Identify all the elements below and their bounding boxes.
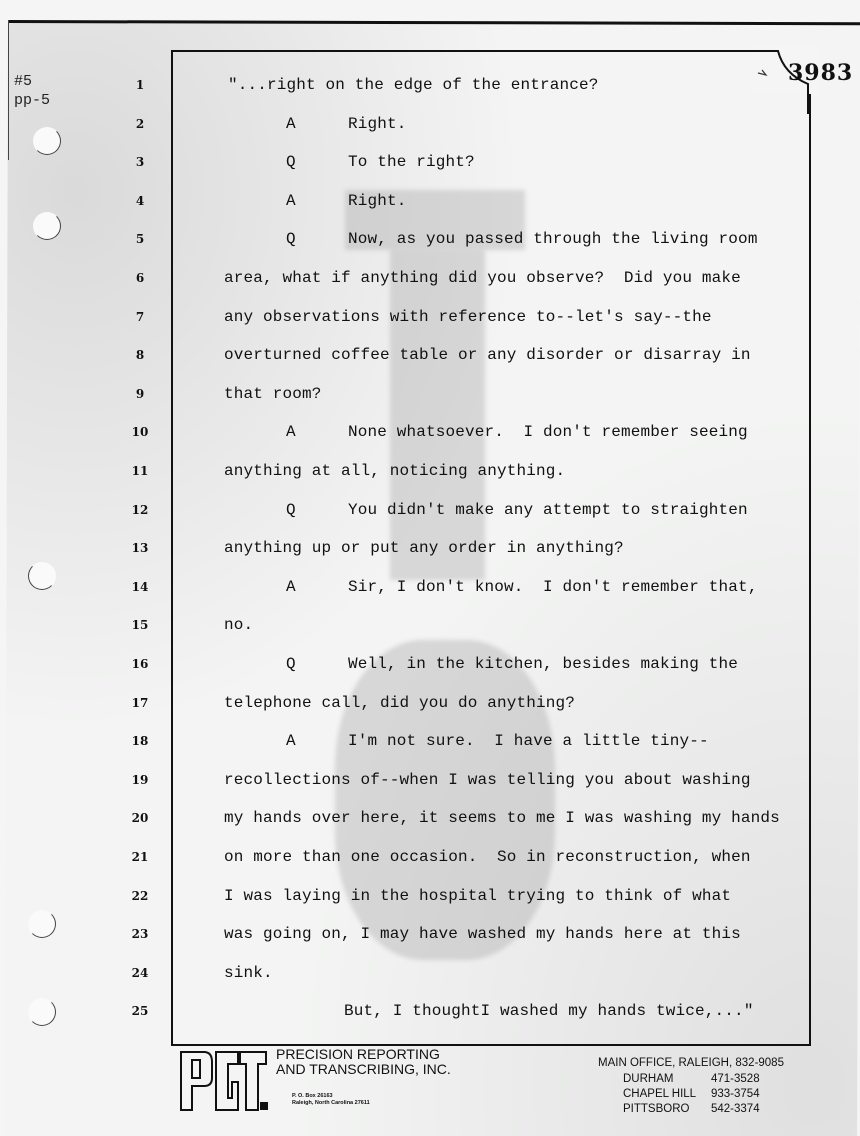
- address-line2: Raleigh, North Carolina 27611: [292, 1100, 370, 1107]
- line-number: 18: [120, 734, 160, 748]
- office-city: CHAPEL HILL: [623, 1087, 711, 1102]
- line-number: 9: [120, 387, 160, 401]
- transcript-line-text: You didn't make any attempt to straighte…: [348, 501, 748, 519]
- transcript-line-text: sink.: [224, 964, 273, 982]
- transcript-line-text: my hands over here, it seems to me I was…: [224, 809, 780, 827]
- line-number: 1: [120, 78, 160, 92]
- office-phone: 542-3374: [711, 1102, 760, 1117]
- speaker-label: A: [286, 732, 296, 750]
- speaker-label: A: [286, 423, 296, 441]
- line-number: 20: [120, 811, 160, 825]
- line-number: 11: [120, 464, 160, 478]
- transcript-line-text: recollections of--when I was telling you…: [224, 771, 751, 789]
- line-number: 4: [120, 194, 160, 208]
- transcript-line-text: I'm not sure. I have a little tiny--: [348, 732, 709, 750]
- margin-note-exhibit: #5: [14, 72, 32, 91]
- transcript-line-text: was going on, I may have washed my hands…: [224, 925, 741, 943]
- line-number: 13: [120, 541, 160, 555]
- transcript-line-text: any observations with reference to--let'…: [224, 308, 712, 326]
- line-number: 12: [120, 503, 160, 517]
- transcript-line-text: But, I thoughtI washed my hands twice,..…: [344, 1002, 754, 1020]
- office-city: PITTSBORO: [623, 1102, 711, 1117]
- address-line1: P. O. Box 26163: [292, 1093, 370, 1100]
- binder-hole: [28, 998, 56, 1026]
- transcript-line-text: Sir, I don't know. I don't remember that…: [348, 578, 758, 596]
- transcript-line-text: overturned coffee table or any disorder …: [224, 346, 751, 364]
- transcript-line-text: anything at all, noticing anything.: [224, 462, 565, 480]
- line-number: 17: [120, 696, 160, 710]
- line-number: 19: [120, 773, 160, 787]
- binder-hole: [28, 910, 56, 938]
- transcript-line-text: no.: [224, 616, 253, 634]
- transcript-line-text: on more than one occasion. So in reconst…: [224, 848, 751, 866]
- office-row: DURHAM 471-3528: [598, 1072, 784, 1087]
- binder-hole: [33, 212, 61, 240]
- company-logo: [178, 1048, 268, 1114]
- transcript-line-text: telephone call, did you do anything?: [224, 694, 575, 712]
- line-number: 25: [120, 1004, 160, 1018]
- line-number: 2: [120, 117, 160, 131]
- line-number: 10: [120, 425, 160, 439]
- office-directory: MAIN OFFICE, RALEIGH, 832-9085 DURHAM 47…: [598, 1056, 784, 1117]
- line-number: 6: [120, 271, 160, 285]
- company-name: PRECISION REPORTING AND TRANSCRIBING, IN…: [276, 1047, 451, 1077]
- paper-edge: [8, 20, 9, 160]
- line-number: 5: [120, 232, 160, 246]
- office-phone: 471-3528: [711, 1072, 760, 1087]
- transcript-line-text: None whatsoever. I don't remember seeing: [348, 423, 748, 441]
- line-number: 8: [120, 348, 160, 362]
- line-number: 22: [120, 889, 160, 903]
- speaker-label: Q: [286, 501, 296, 519]
- office-row: CHAPEL HILL 933-3754: [598, 1087, 784, 1102]
- transcript-line-text: area, what if anything did you observe? …: [224, 269, 741, 287]
- speaker-label: A: [286, 578, 296, 596]
- speaker-label: A: [286, 192, 296, 210]
- company-name-line1: PRECISION REPORTING: [276, 1047, 451, 1062]
- line-number: 23: [120, 927, 160, 941]
- line-number: 3: [120, 155, 160, 169]
- binder-hole: [33, 127, 61, 155]
- page-number: 3983: [788, 60, 853, 86]
- office-city: DURHAM: [623, 1072, 711, 1087]
- transcript-line-text: Right.: [348, 192, 407, 210]
- main-office: MAIN OFFICE, RALEIGH, 832-9085: [598, 1056, 784, 1071]
- line-number: 15: [120, 618, 160, 632]
- transcript-line-text: anything up or put any order in anything…: [224, 539, 624, 557]
- transcript-line-text: Now, as you passed through the living ro…: [348, 230, 758, 248]
- transcript-line-text: that room?: [224, 385, 322, 403]
- margin-note-pages: pp-5: [14, 91, 50, 110]
- line-number: 24: [120, 966, 160, 980]
- speaker-label: Q: [286, 153, 296, 171]
- transcript-line-text: I was laying in the hospital trying to t…: [224, 887, 731, 905]
- speaker-label: Q: [286, 230, 296, 248]
- speaker-label: A: [286, 115, 296, 133]
- office-phone: 933-3754: [711, 1087, 760, 1102]
- line-number: 16: [120, 657, 160, 671]
- line-number: 21: [120, 850, 160, 864]
- transcript-line-text: Right.: [348, 115, 407, 133]
- binder-hole: [28, 562, 56, 590]
- transcript-line-text: To the right?: [348, 153, 475, 171]
- company-address: P. O. Box 26163 Raleigh, North Carolina …: [292, 1093, 370, 1107]
- company-name-line2: AND TRANSCRIBING, INC.: [276, 1062, 451, 1077]
- speaker-label: Q: [286, 655, 296, 673]
- transcript-line-text: "...right on the edge of the entrance?: [228, 76, 599, 94]
- transcript-line-text: Well, in the kitchen, besides making the: [348, 655, 738, 673]
- office-row: PITTSBORO 542-3374: [598, 1102, 784, 1117]
- line-number: 14: [120, 580, 160, 594]
- line-number: 7: [120, 310, 160, 324]
